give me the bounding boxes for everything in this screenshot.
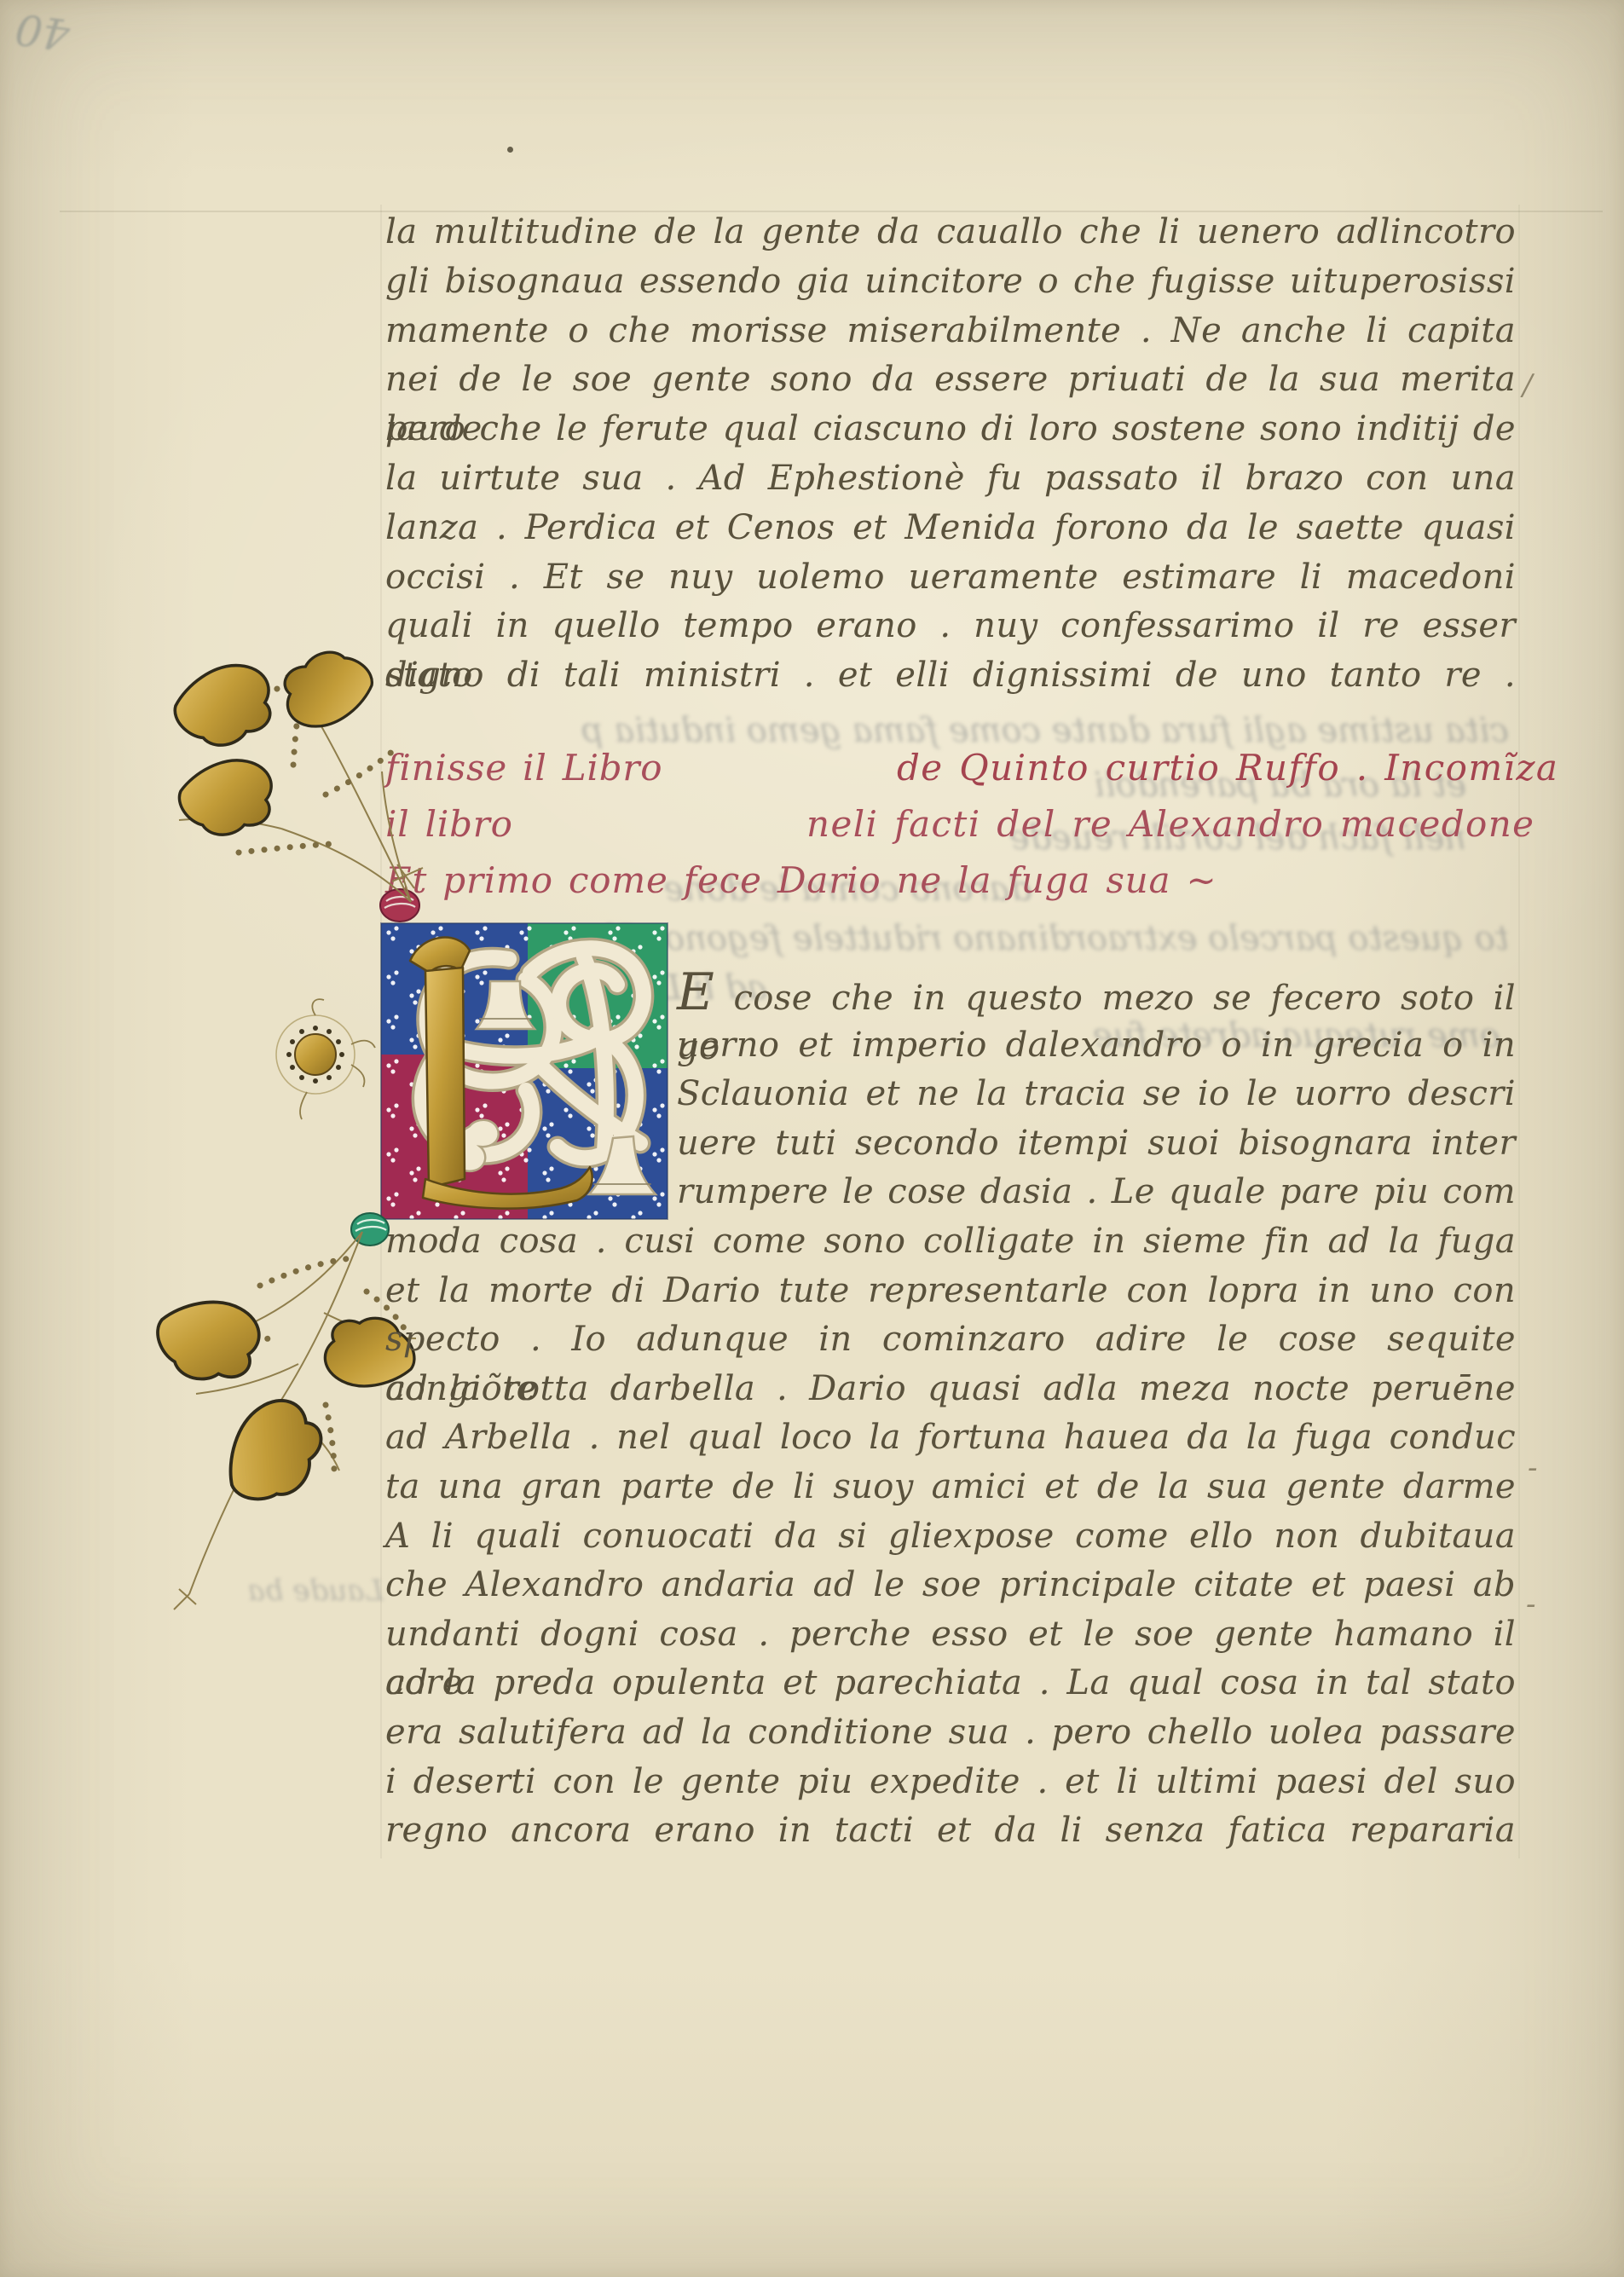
text-line: regno ancora erano in tacti et da li sen… <box>385 1806 1516 1856</box>
text-line: et la morte di Dario tute representarle … <box>385 1267 1516 1316</box>
paragraph-1: la multitudine de la gente da cauallo ch… <box>385 208 1516 701</box>
rubric-incipit-right: neli facti del re Alexandro macedone <box>806 796 1534 852</box>
text-line: specto . Io adunque in cominzaro adire l… <box>385 1315 1516 1365</box>
illuminated-initial-L <box>381 923 668 1219</box>
text-line: uere tuti secondo itempi suoi bisognara … <box>677 1119 1516 1169</box>
ruling-line-right <box>1518 205 1520 1858</box>
text-line: i deserti con le gente piu expedite . et… <box>385 1758 1516 1807</box>
paragraph-2-full: moda cosa . cusi come sono colligate in … <box>385 1217 1516 1856</box>
text-line: nei de le soe gente sono da essere priua… <box>385 355 1516 405</box>
text-line: mamente o che morisse miserabilmente . N… <box>385 307 1516 356</box>
text-line: lanza . Perdica et Cenos et Menida foron… <box>385 504 1516 553</box>
text-line: ad Arbella . nel qual loco la fortuna ha… <box>385 1413 1516 1463</box>
text-line: pero che le ferute qual ciascuno di loro… <box>385 405 1516 454</box>
margin-spray-upper <box>111 597 452 938</box>
text-line: uerno et imperio dalexandro o in grecia … <box>677 1021 1516 1071</box>
text-line: occisi . Et se nuy uolemo ueramente esti… <box>385 553 1516 603</box>
text-line: undanti dogni cosa . perche esso et le s… <box>385 1610 1516 1660</box>
text-line: gli bisognaua essendo gia uincitore o ch… <box>385 257 1516 307</box>
text-line: la multitudine de la gente da cauallo ch… <box>385 208 1516 257</box>
text-line: ad la preda opulenta et parechiata . La … <box>385 1659 1516 1708</box>
paragraph-2-indented: E cose che in questo mezo se fecero soto… <box>677 972 1516 1217</box>
rubric-line: Et primo come fece Dario ne la fuga sua … <box>385 852 1562 909</box>
folio-number: 40 <box>13 3 72 59</box>
ink-speck <box>507 147 513 153</box>
text-line: rumpere le cose dasia . Le quale pare pi… <box>677 1168 1516 1217</box>
text-line: digno di tali ministri . et elli digniss… <box>385 651 1516 701</box>
margin-mark-slash: / <box>1523 368 1532 402</box>
text-line: la uirtute sua . Ad Ephestionè fu passat… <box>385 454 1516 504</box>
text-line: che Alexandro andaria ad le soe principa… <box>385 1561 1516 1610</box>
text-line: quali in quello tempo erano . nuy confes… <box>385 602 1516 651</box>
manuscript-page: 40 cita ustime agli fura dante come fama… <box>0 0 1624 2277</box>
text-line: era salutifera ad la conditione sua . pe… <box>385 1708 1516 1758</box>
margin-mark-dash: - <box>1526 1587 1536 1621</box>
margin-besant <box>256 993 375 1121</box>
text-line: ad la rotta darbella . Dario quasi adla … <box>385 1365 1516 1414</box>
text-line: A li quali conuocati da si gliexpose com… <box>385 1512 1516 1562</box>
rubric-line: il libro neli facti del re Alexandro mac… <box>385 796 1562 852</box>
text-line: moda cosa . cusi come sono colligate in … <box>385 1217 1516 1267</box>
rubric: finisse il Libro de Quinto curtio Ruffo … <box>385 740 1562 909</box>
rubric-line: finisse il Libro de Quinto curtio Ruffo … <box>385 740 1562 796</box>
text-line: Sclauonia et ne la tracia se io le uorro… <box>677 1070 1516 1119</box>
text-line: ta una gran parte de li suoy amici et de… <box>385 1463 1516 1512</box>
margin-mark-dash: - <box>1528 1451 1538 1485</box>
text-line: E cose che in questo mezo se fecero soto… <box>677 972 1516 1021</box>
rubric-author: de Quinto curtio Ruffo . Incomĩza <box>897 740 1558 796</box>
